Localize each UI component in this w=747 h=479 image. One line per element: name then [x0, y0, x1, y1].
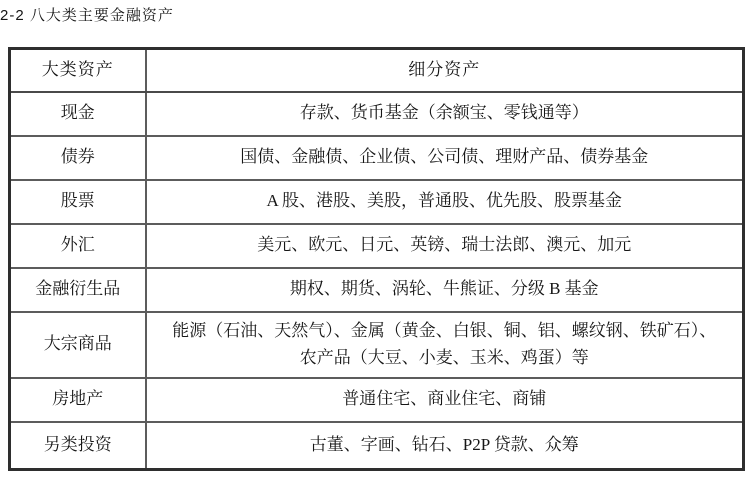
table-row: 金融衍生品 期权、期货、涡轮、牛熊证、分级 B 基金 [10, 268, 744, 312]
category-cell: 另类投资 [10, 422, 146, 470]
category-cell: 大宗商品 [10, 312, 146, 378]
category-cell: 外汇 [10, 224, 146, 268]
asset-table: 大类资产 细分资产 现金 存款、货币基金（余额宝、零钱通等） 债券 国债、金融债… [8, 47, 745, 471]
header-cell-detail: 细分资产 [146, 49, 744, 92]
detail-cell: 存款、货币基金（余额宝、零钱通等） [146, 92, 744, 136]
table-row: 房地产 普通住宅、商业住宅、商铺 [10, 378, 744, 422]
category-cell: 金融衍生品 [10, 268, 146, 312]
header-cell-category: 大类资产 [10, 49, 146, 92]
detail-cell: 期权、期货、涡轮、牛熊证、分级 B 基金 [146, 268, 744, 312]
table-row: 另类投资 古董、字画、钻石、P2P 贷款、众筹 [10, 422, 744, 470]
category-cell: 债券 [10, 136, 146, 180]
detail-cell: 美元、欧元、日元、英镑、瑞士法郎、澳元、加元 [146, 224, 744, 268]
table-caption: 2-2 八大类主要金融资产 [0, 4, 174, 25]
category-cell: 现金 [10, 92, 146, 136]
table-row: 股票 A 股、港股、美股，普通股、优先股、股票基金 [10, 180, 744, 224]
detail-cell: 能源（石油、天然气）、金属（黄金、白银、铜、铝、螺纹钢、铁矿石）、农产品（大豆、… [146, 312, 744, 378]
table-row: 外汇 美元、欧元、日元、英镑、瑞士法郎、澳元、加元 [10, 224, 744, 268]
detail-cell: 国债、金融债、企业债、公司债、理财产品、债券基金 [146, 136, 744, 180]
document-page: 2-2 八大类主要金融资产 大类资产 细分资产 现金 存款、货币基金（余额宝、零… [0, 0, 747, 479]
table-row: 债券 国债、金融债、企业债、公司债、理财产品、债券基金 [10, 136, 744, 180]
table-row: 现金 存款、货币基金（余额宝、零钱通等） [10, 92, 744, 136]
table-row: 大宗商品 能源（石油、天然气）、金属（黄金、白银、铜、铝、螺纹钢、铁矿石）、农产… [10, 312, 744, 378]
detail-cell: 普通住宅、商业住宅、商铺 [146, 378, 744, 422]
detail-cell: A 股、港股、美股，普通股、优先股、股票基金 [146, 180, 744, 224]
category-cell: 房地产 [10, 378, 146, 422]
detail-cell: 古董、字画、钻石、P2P 贷款、众筹 [146, 422, 744, 470]
category-cell: 股票 [10, 180, 146, 224]
header-row: 大类资产 细分资产 [10, 49, 744, 92]
